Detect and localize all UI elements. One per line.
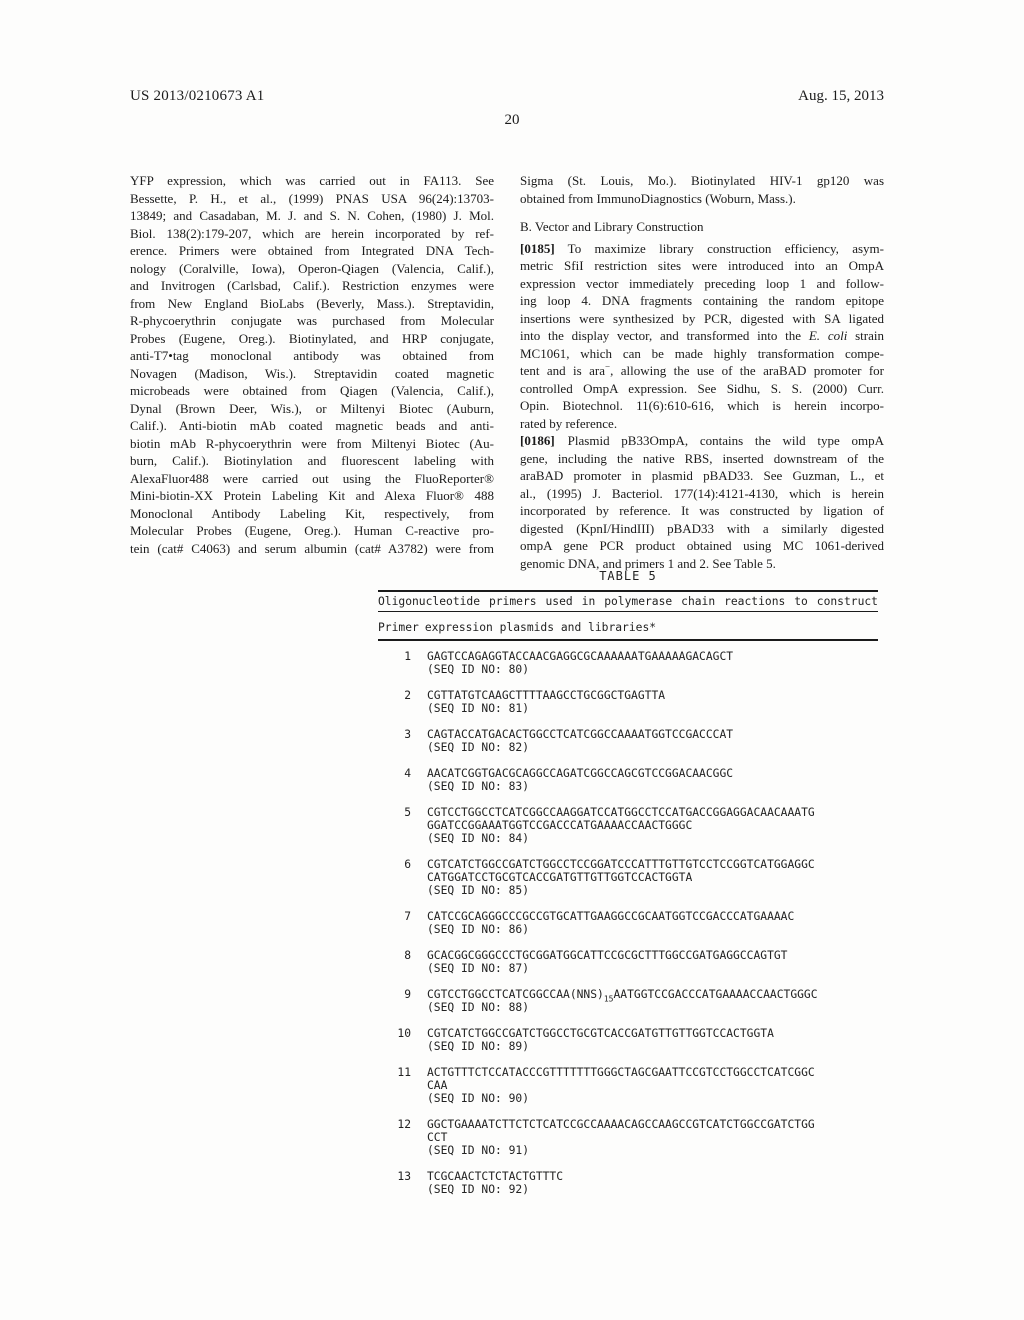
paragraph-line: incorporated by reference. It was constr… bbox=[520, 502, 884, 520]
primer-number: 13 bbox=[378, 1170, 411, 1196]
paragraph-line: MC1061, which can be made highly transfo… bbox=[520, 345, 884, 363]
primer-row: 4 AACATCGGTGACGCAGGCCAGATCGGCCAGCGTCCGGA… bbox=[378, 767, 878, 793]
primer-sequence-lines: CGTTATGTCAAGCTTTTAAGCCTGCGGCTGAGTTA bbox=[427, 689, 665, 702]
paragraph-line: controlled OmpA expression. See Sidhu, S… bbox=[520, 380, 884, 398]
paragraph-line: Novagen (Madison, Wis.). Streptavidin co… bbox=[130, 365, 494, 383]
paragraph-line: Bessette, P. H., et al., (1999) PNAS USA… bbox=[130, 190, 494, 208]
seq-id-label: (SEQ ID NO: 80) bbox=[427, 663, 733, 676]
paragraph-line: Monoclonal Antibody Labeling Kit, respec… bbox=[130, 505, 494, 523]
primer-row: 11 ACTGTTTCTCCATACCCGTTTTTTTGGGCTAGCGAAT… bbox=[378, 1066, 878, 1105]
table-5: TABLE 5 Oligonucleotide primers used in … bbox=[378, 570, 878, 1209]
left-column: YFP expression, which was carried out in… bbox=[130, 172, 494, 557]
primer-row: 1 GAGTCCAGAGGTACCAACGAGGCGCAAAAAATGAAAAA… bbox=[378, 650, 878, 676]
primer-sequence-line: GCACGGCGGGCCCTGCGGATGGCATTCCGCGCTTTGGCCG… bbox=[427, 949, 787, 962]
paragraph-line: Molecular Probes (Eugene, Oreg.). Human … bbox=[130, 522, 494, 540]
seq-id-label: (SEQ ID NO: 81) bbox=[427, 702, 665, 715]
table-top-rule bbox=[378, 590, 878, 592]
paragraph-line: into the display vector, and transformed… bbox=[520, 327, 884, 345]
primer-row: 10 CGTCATCTGGCCGATCTGGCCTGCGTCACCGATGTTG… bbox=[378, 1027, 878, 1053]
primer-column-header: Primer bbox=[378, 621, 419, 634]
paragraph-line: nology (Coralville, Iowa), Operon-Qiagen… bbox=[130, 260, 494, 278]
primer-number: 2 bbox=[378, 689, 411, 715]
primer-sequence-lines: CGTCATCTGGCCGATCTGGCCTCCGGATCCCATTTGTTGT… bbox=[427, 858, 815, 884]
primer-sequence-line: CGTCCTGGCCTCATCGGCCAAGGATCCATGGCCTCCATGA… bbox=[427, 806, 815, 819]
paragraph-line: ing loop 4. DNA fragments containing the… bbox=[520, 292, 884, 310]
seq-id-label: (SEQ ID NO: 90) bbox=[427, 1092, 815, 1105]
primer-sequence-block: GGCTGAAAATCTTCTCTCATCCGCCAAAACAGCCAAGCCG… bbox=[427, 1118, 815, 1157]
primer-sequence-line: CGTCATCTGGCCGATCTGGCCTCCGGATCCCATTTGTTGT… bbox=[427, 858, 815, 871]
paragraph-line: [0186] Plasmid pB33OmpA, contains the wi… bbox=[520, 432, 884, 450]
table-caption-line1: Oligonucleotide primers used in polymera… bbox=[378, 595, 878, 612]
seq-id-label: (SEQ ID NO: 83) bbox=[427, 780, 733, 793]
paragraph-line: anti-T7•tag monoclonal antibody was obta… bbox=[130, 347, 494, 365]
paragraph-line: rated by reference. bbox=[520, 415, 884, 433]
paragraph-line: and Invitrogen (Carlsbad, Calif.). Restr… bbox=[130, 277, 494, 295]
primer-sequence-line: AACATCGGTGACGCAGGCCAGATCGGCCAGCGTCCGGACA… bbox=[427, 767, 733, 780]
primer-sequence-line: CGTCATCTGGCCGATCTGGCCTGCGTCACCGATGTTGTTG… bbox=[427, 1027, 774, 1040]
paragraph-line: insertions were synthesized by PCR, dige… bbox=[520, 310, 884, 328]
primer-sequence-block: CATCCGCAGGGCCCGCCGTGCATTGAAGGCCGCAATGGTC… bbox=[427, 910, 794, 936]
primer-sequence-line: CATGGATCCTGCGTCACCGATGTTGTTGGTCCACTGGTA bbox=[427, 871, 815, 884]
patent-page: US 2013/0210673 A1 Aug. 15, 2013 20 YFP … bbox=[0, 0, 1024, 1320]
primer-sequence-block: CGTCCTGGCCTCATCGGCCAA(NNS)15AATGGTCCGACC… bbox=[427, 988, 818, 1014]
seq-id-label: (SEQ ID NO: 91) bbox=[427, 1144, 815, 1157]
primer-sequence-line: CGTCCTGGCCTCATCGGCCAA(NNS)15AATGGTCCGACC… bbox=[427, 988, 818, 1001]
paragraph-line: YFP expression, which was carried out in… bbox=[130, 172, 494, 190]
paragraph-line: Mini-biotin-XX Protein Labeling Kit and … bbox=[130, 487, 494, 505]
primer-sequence-lines: CGTCATCTGGCCGATCTGGCCTGCGTCACCGATGTTGTTG… bbox=[427, 1027, 774, 1040]
paragraph-line: biotin mAb R-phycoerythrin were from Mil… bbox=[130, 435, 494, 453]
primer-sequence-block: CGTCCTGGCCTCATCGGCCAAGGATCCATGGCCTCCATGA… bbox=[427, 806, 815, 845]
primer-sequence-block: AACATCGGTGACGCAGGCCAGATCGGCCAGCGTCCGGACA… bbox=[427, 767, 733, 793]
primer-row: 6 CGTCATCTGGCCGATCTGGCCTCCGGATCCCATTTGTT… bbox=[378, 858, 878, 897]
paragraph-line: digested (KpnI/HindIII) pBAD33 with a si… bbox=[520, 520, 884, 538]
primer-sequence-line: CGTTATGTCAAGCTTTTAAGCCTGCGGCTGAGTTA bbox=[427, 689, 665, 702]
seq-id-label: (SEQ ID NO: 82) bbox=[427, 741, 733, 754]
primer-sequence-line: GAGTCCAGAGGTACCAACGAGGCGCAAAAAATGAAAAAGA… bbox=[427, 650, 733, 663]
table-caption-line2: expression plasmids and libraries* bbox=[425, 621, 656, 634]
paragraph-line: AlexaFluor488 were carried out using the… bbox=[130, 470, 494, 488]
primer-number: 4 bbox=[378, 767, 411, 793]
primer-sequence-line: CATCCGCAGGGCCCGCCGTGCATTGAAGGCCGCAATGGTC… bbox=[427, 910, 794, 923]
seq-id-label: (SEQ ID NO: 92) bbox=[427, 1183, 563, 1196]
primer-sequence-block: TCGCAACTCTCTACTGTTTC (SEQ ID NO: 92) bbox=[427, 1170, 563, 1196]
table-header-line: Primer expression plasmids and libraries… bbox=[378, 621, 878, 634]
paragraph-line: 13849; and Casadaban, M. J. and S. N. Co… bbox=[130, 207, 494, 225]
primer-sequence-lines: TCGCAACTCTCTACTGTTTC bbox=[427, 1170, 563, 1183]
seq-id-label: (SEQ ID NO: 89) bbox=[427, 1040, 774, 1053]
paragraph-line: expression vector immediately preceding … bbox=[520, 275, 884, 293]
paragraph-line: araBAD promoter in plasmid pBAD33. See G… bbox=[520, 467, 884, 485]
primer-sequence-block: CGTCATCTGGCCGATCTGGCCTCCGGATCCCATTTGTTGT… bbox=[427, 858, 815, 897]
primer-row: 3 CAGTACCATGACACTGGCCTCATCGGCCAAAATGGTCC… bbox=[378, 728, 878, 754]
primer-sequence-lines: GCACGGCGGGCCCTGCGGATGGCATTCCGCGCTTTGGCCG… bbox=[427, 949, 787, 962]
paragraph-line: metric SfiI restriction sites were intro… bbox=[520, 257, 884, 275]
paragraph-line: Dynal (Brown Deer, Wis.), or Miltenyi Bi… bbox=[130, 400, 494, 418]
paragraph-line: R-phycoerythrin conjugate was purchased … bbox=[130, 312, 494, 330]
paragraph-line: burn, Calif.). Biotinylation and fluores… bbox=[130, 452, 494, 470]
primer-row: 2 CGTTATGTCAAGCTTTTAAGCCTGCGGCTGAGTTA (S… bbox=[378, 689, 878, 715]
primer-number: 3 bbox=[378, 728, 411, 754]
primer-sequence-block: ACTGTTTCTCCATACCCGTTTTTTTGGGCTAGCGAATTCC… bbox=[427, 1066, 815, 1105]
primer-sequence-lines: CGTCCTGGCCTCATCGGCCAA(NNS)15AATGGTCCGACC… bbox=[427, 988, 818, 1001]
primer-row: 7 CATCCGCAGGGCCCGCCGTGCATTGAAGGCCGCAATGG… bbox=[378, 910, 878, 936]
primer-row: 12 GGCTGAAAATCTTCTCTCATCCGCCAAAACAGCCAAG… bbox=[378, 1118, 878, 1157]
primer-sequence-line: TCGCAACTCTCTACTGTTTC bbox=[427, 1170, 563, 1183]
primer-sequence-line: GGCTGAAAATCTTCTCTCATCCGCCAAAACAGCCAAGCCG… bbox=[427, 1118, 815, 1131]
paragraph-line: Sigma (St. Louis, Mo.). Biotinylated HIV… bbox=[520, 172, 884, 190]
primer-sequence-block: GAGTCCAGAGGTACCAACGAGGCGCAAAAAATGAAAAAGA… bbox=[427, 650, 733, 676]
table-title: TABLE 5 bbox=[378, 570, 878, 583]
primer-sequence-line: CAA bbox=[427, 1079, 815, 1092]
paragraph-line: al., (1995) J. Bacteriol. 177(14):4121-4… bbox=[520, 485, 884, 503]
seq-id-label: (SEQ ID NO: 86) bbox=[427, 923, 794, 936]
primer-sequence-block: CAGTACCATGACACTGGCCTCATCGGCCAAAATGGTCCGA… bbox=[427, 728, 733, 754]
primer-sequence-line: GGATCCGGAAATGGTCCGACCCATGAAAACCAACTGGGC bbox=[427, 819, 815, 832]
paragraph-line: [0185] To maximize library construction … bbox=[520, 240, 884, 258]
page-number: 20 bbox=[0, 112, 1024, 129]
primer-rows: 1 GAGTCCAGAGGTACCAACGAGGCGCAAAAAATGAAAAA… bbox=[378, 650, 878, 1196]
paragraph-line: gene, including the native RBS, inserted… bbox=[520, 450, 884, 468]
primer-row: 9 CGTCCTGGCCTCATCGGCCAA(NNS)15AATGGTCCGA… bbox=[378, 988, 878, 1014]
header-date: Aug. 15, 2013 bbox=[798, 88, 884, 105]
paragraph-line: from New England BioLabs (Beverly, Mass.… bbox=[130, 295, 494, 313]
primer-number: 1 bbox=[378, 650, 411, 676]
primer-sequence-line: ACTGTTTCTCCATACCCGTTTTTTTGGGCTAGCGAATTCC… bbox=[427, 1066, 815, 1079]
primer-sequence-lines: CGTCCTGGCCTCATCGGCCAAGGATCCATGGCCTCCATGA… bbox=[427, 806, 815, 832]
primer-row: 8 GCACGGCGGGCCCTGCGGATGGCATTCCGCGCTTTGGC… bbox=[378, 949, 878, 975]
paragraph-continued: Sigma (St. Louis, Mo.). Biotinylated HIV… bbox=[520, 172, 884, 207]
primer-sequence-line: CCT bbox=[427, 1131, 815, 1144]
paragraph-line: microbeads were obtained from Qiagen (Va… bbox=[130, 382, 494, 400]
primer-sequence-lines: GAGTCCAGAGGTACCAACGAGGCGCAAAAAATGAAAAAGA… bbox=[427, 650, 733, 663]
primer-number: 11 bbox=[378, 1066, 411, 1105]
primer-sequence-lines: CAGTACCATGACACTGGCCTCATCGGCCAAAATGGTCCGA… bbox=[427, 728, 733, 741]
paragraph-line: ompA gene PCR product obtained using MC … bbox=[520, 537, 884, 555]
primer-number: 9 bbox=[378, 988, 411, 1014]
header-doc-number: US 2013/0210673 A1 bbox=[130, 88, 264, 105]
primer-sequence-line: CAGTACCATGACACTGGCCTCATCGGCCAAAATGGTCCGA… bbox=[427, 728, 733, 741]
right-column: Sigma (St. Louis, Mo.). Biotinylated HIV… bbox=[520, 172, 884, 572]
paragraph-line: tent and is ara−, allowing the use of th… bbox=[520, 362, 884, 380]
primer-sequence-lines: AACATCGGTGACGCAGGCCAGATCGGCCAGCGTCCGGACA… bbox=[427, 767, 733, 780]
primer-number: 8 bbox=[378, 949, 411, 975]
section-heading: B. Vector and Library Construction bbox=[520, 218, 884, 236]
paragraph-line: tein (cat# C4063) and serum albumin (cat… bbox=[130, 540, 494, 558]
primer-number: 12 bbox=[378, 1118, 411, 1157]
primer-row: 5 CGTCCTGGCCTCATCGGCCAAGGATCCATGGCCTCCAT… bbox=[378, 806, 878, 845]
paragraph-line: Biol. 138(2):179-207, which are herein i… bbox=[130, 225, 494, 243]
paragraph-line: obtained from ImmunoDiagnostics (Woburn,… bbox=[520, 190, 884, 208]
primer-sequence-block: CGTCATCTGGCCGATCTGGCCTGCGTCACCGATGTTGTTG… bbox=[427, 1027, 774, 1053]
paragraph-line: Opin. Biotechnol. 11(6):610-616, which i… bbox=[520, 397, 884, 415]
primer-number: 10 bbox=[378, 1027, 411, 1053]
paragraph-continued: YFP expression, which was carried out in… bbox=[130, 172, 494, 557]
primer-row: 13 TCGCAACTCTCTACTGTTTC (SEQ ID NO: 92) bbox=[378, 1170, 878, 1196]
seq-id-label: (SEQ ID NO: 84) bbox=[427, 832, 815, 845]
primer-number: 7 bbox=[378, 910, 411, 936]
seq-id-label: (SEQ ID NO: 85) bbox=[427, 884, 815, 897]
primer-sequence-block: GCACGGCGGGCCCTGCGGATGGCATTCCGCGCTTTGGCCG… bbox=[427, 949, 787, 975]
primer-number: 6 bbox=[378, 858, 411, 897]
primer-sequence-lines: ACTGTTTCTCCATACCCGTTTTTTTGGGCTAGCGAATTCC… bbox=[427, 1066, 815, 1092]
primer-sequence-lines: CATCCGCAGGGCCCGCCGTGCATTGAAGGCCGCAATGGTC… bbox=[427, 910, 794, 923]
table-header-rule bbox=[378, 639, 878, 641]
paragraph-line: erence. Primers were obtained from Integ… bbox=[130, 242, 494, 260]
paragraph-0186: [0186] Plasmid pB33OmpA, contains the wi… bbox=[520, 432, 884, 572]
seq-id-label: (SEQ ID NO: 88) bbox=[427, 1001, 818, 1014]
seq-id-label: (SEQ ID NO: 87) bbox=[427, 962, 787, 975]
primer-sequence-lines: GGCTGAAAATCTTCTCTCATCCGCCAAAACAGCCAAGCCG… bbox=[427, 1118, 815, 1144]
primer-number: 5 bbox=[378, 806, 411, 845]
paragraph-0185: [0185] To maximize library construction … bbox=[520, 240, 884, 433]
primer-sequence-block: CGTTATGTCAAGCTTTTAAGCCTGCGGCTGAGTTA (SEQ… bbox=[427, 689, 665, 715]
paragraph-line: Calif.). Anti-biotin mAb coated magnetic… bbox=[130, 417, 494, 435]
paragraph-line: Probes (Eugene, Oreg.). Biotinylated, an… bbox=[130, 330, 494, 348]
